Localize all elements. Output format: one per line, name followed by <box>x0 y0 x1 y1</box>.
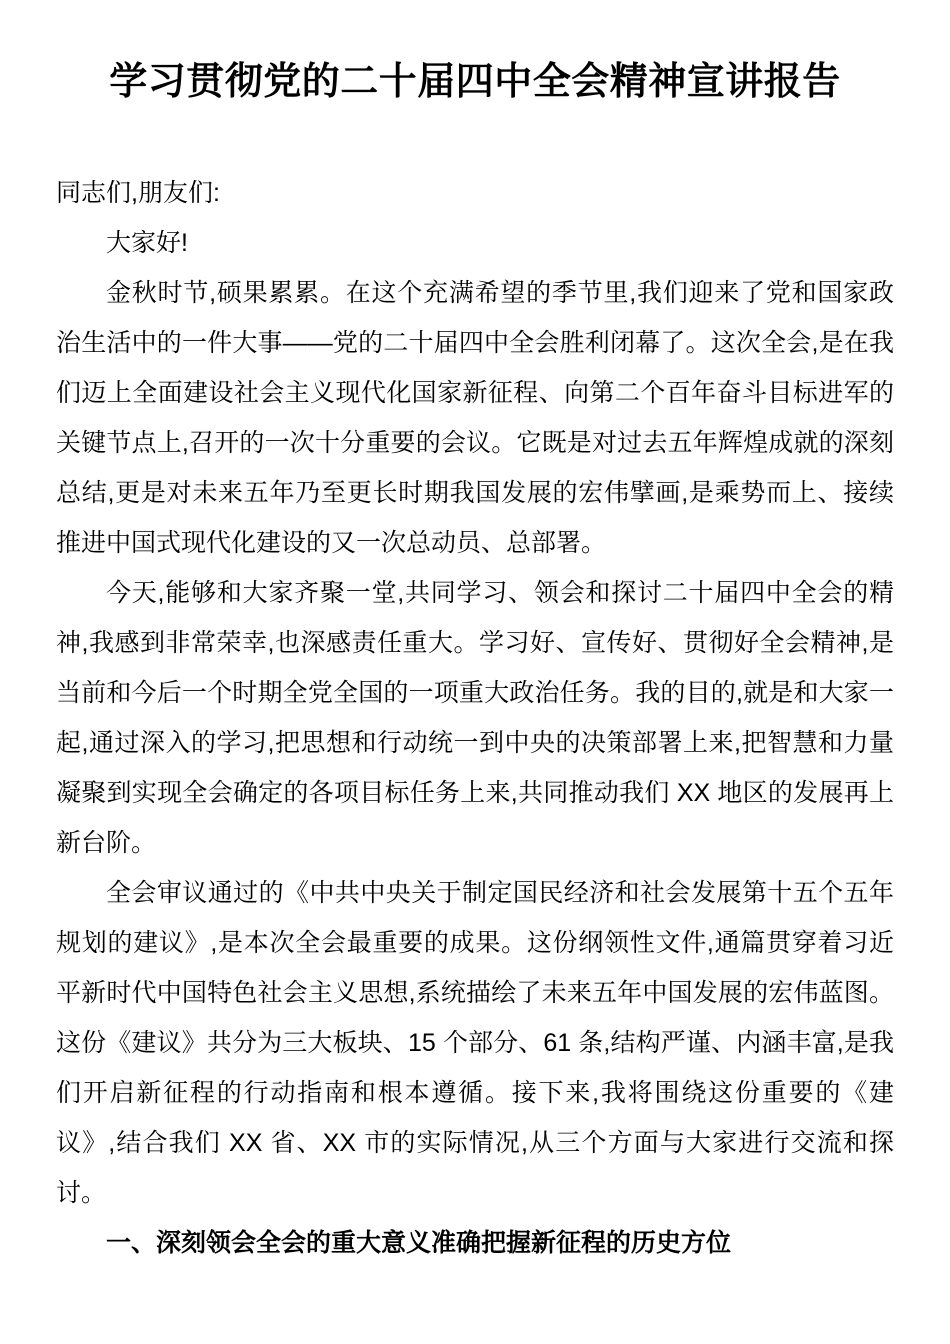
section-heading-1: 一、深刻领会全会的重大意义准确把握新征程的历史方位 <box>56 1218 894 1268</box>
body-paragraph-1: 金秋时节,硕果累累。在这个充满希望的季节里,我们迎来了党和国家政治生活中的一件大… <box>56 268 894 568</box>
greeting-line: 大家好! <box>56 218 894 268</box>
document-title: 学习贯彻党的二十届四中全会精神宣讲报告 <box>56 52 894 112</box>
salutation-line: 同志们,朋友们: <box>56 168 894 218</box>
document-body: 同志们,朋友们: 大家好! 金秋时节,硕果累累。在这个充满希望的季节里,我们迎来… <box>56 168 894 1268</box>
document-page: 学习贯彻党的二十届四中全会精神宣讲报告 同志们,朋友们: 大家好! 金秋时节,硕… <box>0 0 950 1344</box>
body-paragraph-2: 今天,能够和大家齐聚一堂,共同学习、领会和探讨二十届四中全会的精神,我感到非常荣… <box>56 568 894 868</box>
body-paragraph-3: 全会审议通过的《中共中央关于制定国民经济和社会发展第十五个五年规划的建议》,是本… <box>56 868 894 1218</box>
